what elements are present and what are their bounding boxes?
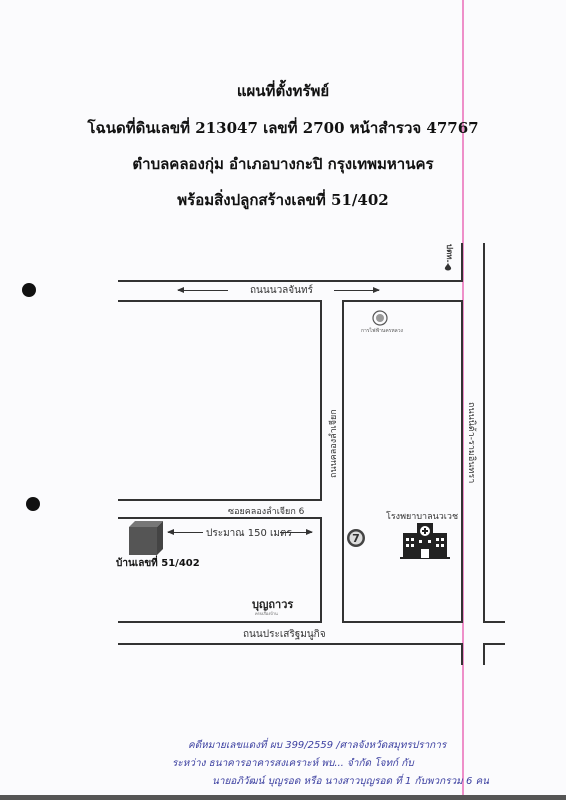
road-edge [118, 643, 463, 645]
location-line: ตำบลคลองกุ่ม อำเภอบางกะปิ กรุงเทพมหานคร [0, 152, 566, 176]
road-edge [483, 643, 505, 645]
gas-drop-icon [444, 262, 452, 271]
road-edge [483, 621, 505, 623]
road-label-soi: ซอยคลองลำเจียก 6 [228, 504, 304, 518]
road-edge [461, 643, 463, 665]
document-title: แผนที่ตั้งทรัพย์ [0, 79, 566, 103]
road-label-right-vertical: ถนนนิด้า-รามอินทรา [465, 402, 479, 483]
punch-hole [22, 283, 36, 297]
road-label-middle-vertical: ถนนคลองลำเจียก [326, 409, 340, 478]
convenience-store-icon: 7 [346, 528, 366, 548]
road-edge [320, 517, 322, 623]
distance-label: ประมาณ 150 เมตร [206, 526, 292, 541]
arrow-right-icon [334, 290, 379, 291]
deed-line: โฉนดที่ดินเลขที่ 213047 เลขที่ 2700 หน้า… [0, 116, 566, 140]
road-edge [483, 243, 485, 623]
road-edge [483, 643, 485, 665]
road-label-top: ถนนนวลจันทร์ [250, 283, 313, 298]
punch-hole [26, 497, 40, 511]
road-edge [461, 300, 463, 623]
house-cube-icon [129, 521, 163, 555]
road-edge [320, 300, 322, 501]
property-label: บ้านเลขที่ 51/402 [116, 556, 200, 571]
road-edge [118, 300, 322, 302]
utility-logo-label: การไฟฟ้านครหลวง [361, 327, 403, 335]
road-edge [461, 243, 463, 282]
housing-brand-sub: ครบเรื่องบ้าน [255, 610, 278, 617]
scanned-page: แผนที่ตั้งทรัพย์ โฉนดที่ดินเลขที่ 213047… [0, 0, 566, 800]
handwritten-parties: ระหว่าง ธนาคารอาคารสงเคราะห์ พบ... จำกัด… [172, 756, 414, 771]
distance-arrow-left-icon [168, 532, 203, 533]
road-edge [342, 300, 463, 302]
hospital-label: โรงพยาบาลนวเวช [386, 509, 458, 523]
scan-edge [0, 795, 566, 800]
building-line: พร้อมสิ่งปลูกสร้างเลขที่ 51/402 [0, 188, 566, 212]
utility-logo-icon [372, 310, 388, 326]
road-edge [118, 621, 322, 623]
gas-station-label: ปตท. [443, 244, 456, 263]
road-edge [342, 300, 344, 623]
road-edge [342, 621, 463, 623]
road-edge [118, 499, 322, 501]
svg-text:7: 7 [352, 532, 360, 545]
handwritten-defendants: นายอภิวัฒน์ บุญรอด หรือ นางสาวบุญรอด ที่… [212, 774, 489, 789]
road-label-bottom: ถนนประเสริฐมนูกิจ [243, 627, 326, 642]
arrow-left-icon [178, 290, 228, 291]
road-edge [118, 280, 463, 282]
handwritten-case-number: คดีหมายเลขแดงที่ ผบ 399/2559 /ศาลจังหวัด… [188, 738, 446, 753]
hospital-icon [400, 523, 450, 559]
distance-arrow-right-icon [280, 532, 312, 533]
